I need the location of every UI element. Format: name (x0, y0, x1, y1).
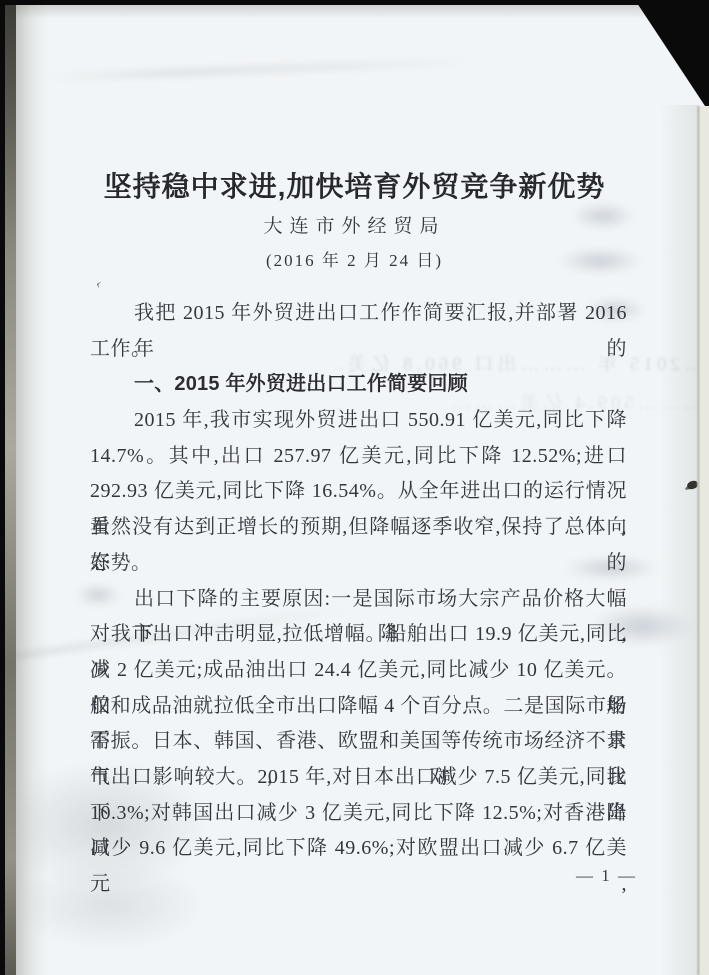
body-line: 对我市出口冲击明显,拉低增幅。船舶出口 19.9 亿美元,同比减 (90, 617, 627, 653)
binding-band (5, 0, 16, 975)
body-line: 不振。日本、韩国、香港、欧盟和美国等传统市场经济不景气,对我 (90, 724, 627, 760)
paper-top-shadow (14, 5, 709, 19)
body-line: 舶和成品油就拉低全市出口降幅 4 个百分点。二是国际市场需求 (90, 689, 627, 725)
page-number: — 1 — (576, 866, 637, 886)
document-organization: 大连市外经贸局 (0, 211, 709, 238)
underlying-page-strip (700, 106, 709, 975)
scanner-edge-top (5, 0, 709, 5)
document-date: (2016 年 2 月 24 日) (0, 246, 709, 271)
body-line: 2015 年,我市实现外贸进出口 550.91 亿美元,同比下降 (90, 403, 627, 439)
body-line: 少 2 亿美元;成品油出口 24.4 亿美元,同比减少 10 亿美元。仅船 (90, 653, 627, 689)
body-text: 我把 2015 年外贸进出口工作作简要汇报,并部署 2016 年的工作。一、20… (90, 296, 627, 867)
body-line: 10.3%;对韩国出口减少 3 亿美元,同比下降 12.5%;对香港出口 (90, 796, 627, 832)
section-heading: 一、2015 年外贸进出口工作简要回顾 (90, 367, 627, 403)
body-line: 我把 2015 年外贸进出口工作作简要汇报,并部署 2016 年的 (90, 296, 627, 332)
document-title: 坚持稳中求进,加快培育外贸竞争新优势 (0, 165, 709, 205)
body-line: 292.93 亿美元,同比下降 16.54%。从全年进出口的运行情况看, (90, 474, 627, 510)
body-line: 出口下降的主要原因:一是国际市场大宗产品价格大幅下降, (90, 582, 627, 618)
body-line: 14.7%。其中,出口 257.97 亿美元,同比下降 12.52%;进口 (90, 439, 627, 475)
body-line: 减少 9.6 亿美元,同比下降 49.6%;对欧盟出口减少 6.7 亿美元, (90, 831, 627, 867)
body-line: 虽然没有达到正增长的预期,但降幅逐季收窄,保持了总体向好的 (90, 510, 627, 546)
body-line: 市出口影响较大。2015 年,对日本出口减少 7.5 亿美元,同比下降 (90, 760, 627, 796)
